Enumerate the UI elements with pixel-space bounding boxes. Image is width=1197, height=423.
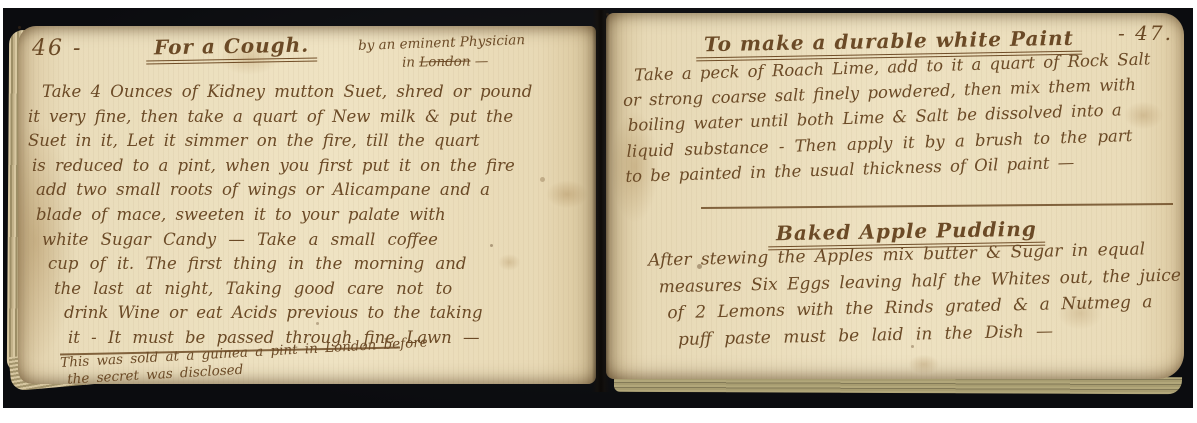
right-page: - 47. To make a durable white Paint Take… [606,13,1184,379]
byline-suffix: — [470,53,488,69]
page-number-left: 46 - [32,36,82,61]
byline-struck-word: London [419,54,471,71]
recipe-body-white-paint: Take a peck of Roach Lime, add to it a q… [622,51,1182,194]
manuscript-line: Take 4 Ounces of Kidney mutton Suet, shr… [42,84,588,109]
recipe-body-apple-pudding: After stewing the Apples mix butter & Su… [632,241,1182,359]
byline-prefix: in [402,54,420,70]
recipe-byline: by an eminent Physician [358,32,526,54]
manuscript-line: is reduced to a pint, when you first put… [32,158,588,183]
manuscript-line: Suet in it, Let it simmer on the fire, t… [28,133,588,158]
manuscript-line: white Sugar Candy — Take a small coffee [42,232,588,257]
page-number-right: - 47. [1118,21,1173,45]
recipe-body-cough: Take 4 Ounces of Kidney mutton Suet, shr… [28,84,588,355]
book-gutter-shadow [592,10,610,392]
manuscript-line: blade of mace, sweeten it to your palate… [36,207,588,232]
recipe-title-cough: For a Cough. [146,33,318,65]
manuscript-photo: 46 - For a Cough. by an eminent Physicia… [0,0,1197,423]
section-separator-rule [701,203,1173,209]
recipe-byline-location: in London — [402,53,489,71]
ink-specks [18,26,21,29]
manuscript-line: cup of it. The first thing in the mornin… [48,256,588,281]
manuscript-line: drink Wine or eat Acids previous to the … [64,305,588,330]
left-page: 46 - For a Cough. by an eminent Physicia… [18,26,596,384]
manuscript-line: it very fine, then take a quart of New m… [28,109,588,134]
manuscript-line: the last at night, Taking good care not … [54,281,588,306]
manuscript-line: add two small roots of wings or Alicampa… [36,182,588,207]
